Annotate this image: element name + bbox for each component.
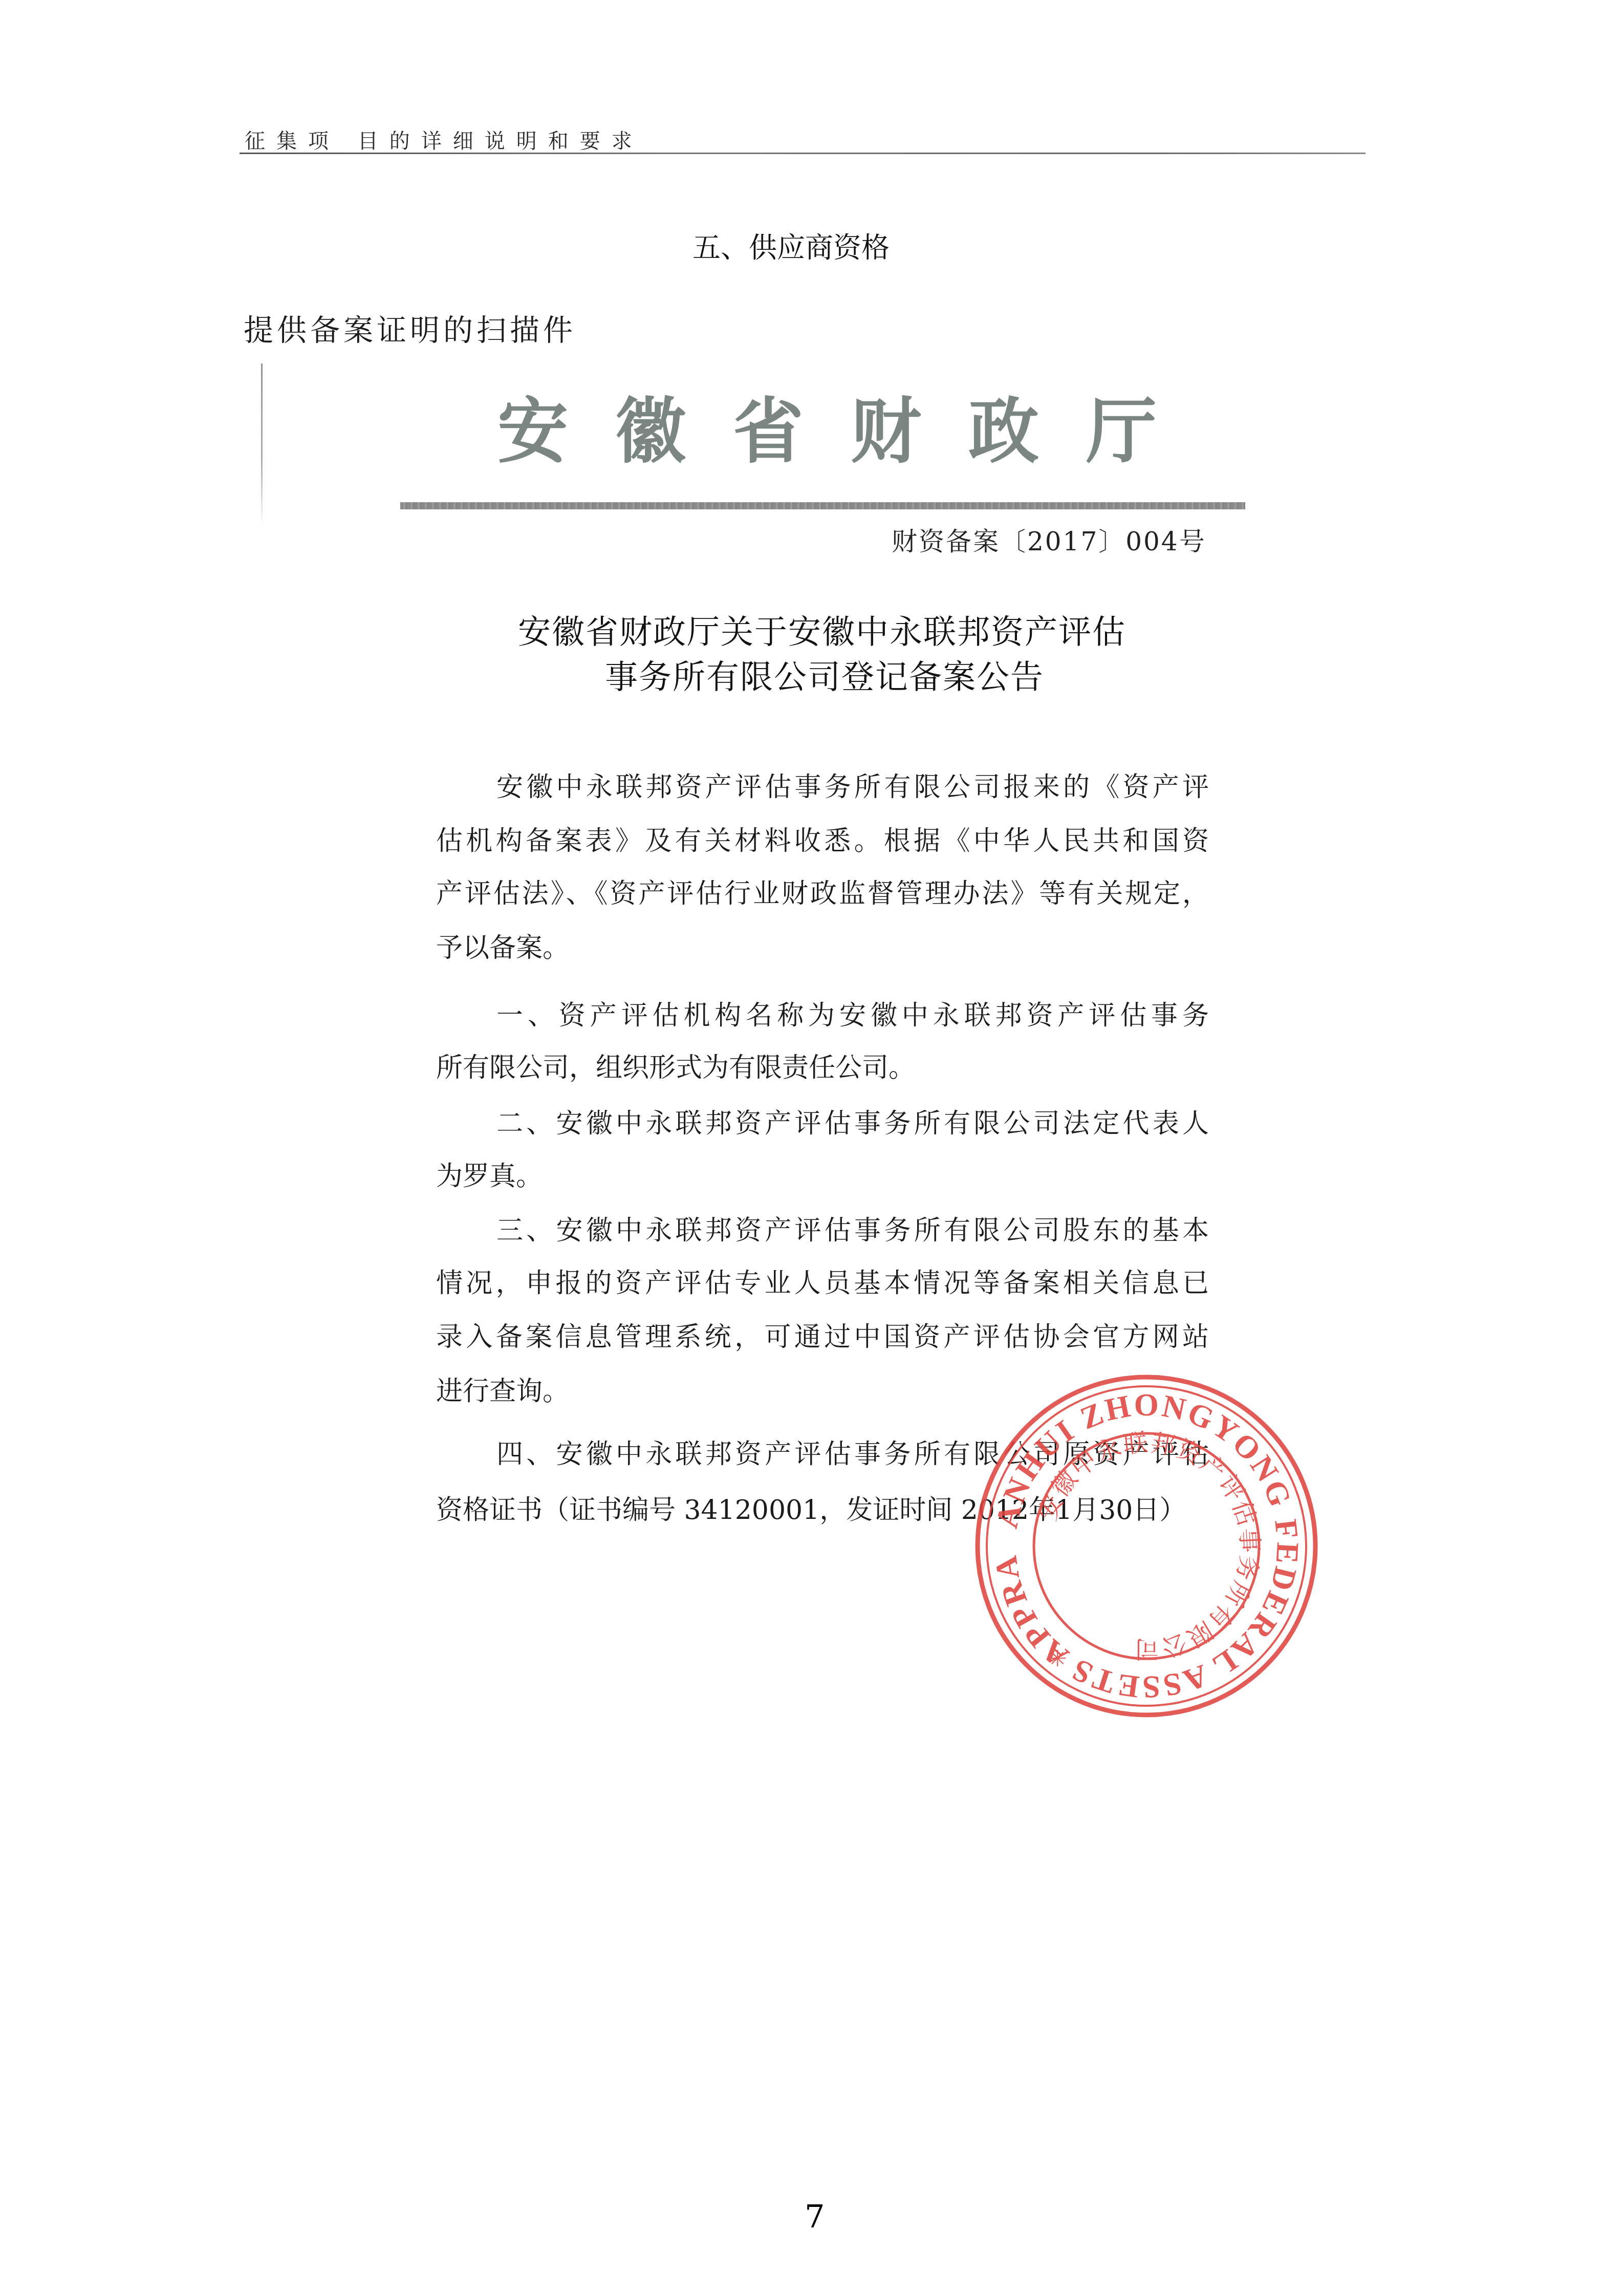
section-heading: 五、供应商资格 — [692, 231, 890, 263]
company-seal-icon: ANHUI ZHONGYONG FEDERAL ASSETS APPRAISIN… — [972, 1372, 1320, 1720]
notice-body-line: 估机构备案表》及有关材料收悉。根据《中华人民共和国资 — [436, 826, 1209, 856]
running-header: 征集项 目的详细说明和要求 — [245, 130, 643, 153]
notice-body-line: 进行查询。 — [436, 1376, 569, 1407]
scan-margin-line — [261, 363, 263, 527]
document-number: 财资备案〔2017〕004号 — [892, 521, 1206, 562]
notice-body-line: 二、安徽中永联邦资产评估事务所有限公司法定代表人 — [496, 1108, 1209, 1139]
notice-body-line: 一、资产评估机构名称为安徽中永联邦资产评估事务 — [496, 1000, 1209, 1031]
notice-title-line-1: 安徽省财政厅关于安徽中永联邦资产评估 — [518, 612, 1126, 653]
notice-body-line: 予以备案。 — [436, 933, 569, 963]
notice-body-line: 为罗真。 — [436, 1161, 543, 1192]
notice-body-line: 安徽中永联邦资产评估事务所有限公司报来的《资产评 — [496, 772, 1209, 803]
notice-body-line: 情况，申报的资产评估专业人员基本情况等备案相关信息已 — [436, 1268, 1209, 1299]
notice-body-line: 产评估法》、《资产评估行业财政监督管理办法》等有关规定， — [436, 878, 1209, 909]
notice-title-line-2: 事务所有限公司登记备案公告 — [605, 657, 1044, 698]
header-rule — [240, 153, 1366, 154]
intro-text: 提供备案证明的扫描件 — [244, 307, 576, 353]
issuer-title: 安徽省财政厅 — [497, 390, 1204, 472]
notice-body-line: 所有限公司，组织形式为有限责任公司。 — [436, 1053, 915, 1083]
notice-body-line: 三、安徽中永联邦资产评估事务所有限公司股东的基本 — [496, 1215, 1209, 1246]
issuer-rule — [400, 502, 1245, 509]
seal-star-icon: ✳ — [1048, 1646, 1067, 1672]
notice-body-line: 录入备案信息管理系统，可通过中国资产评估协会官方网站 — [436, 1322, 1209, 1353]
page-number: 7 — [805, 2196, 825, 2237]
